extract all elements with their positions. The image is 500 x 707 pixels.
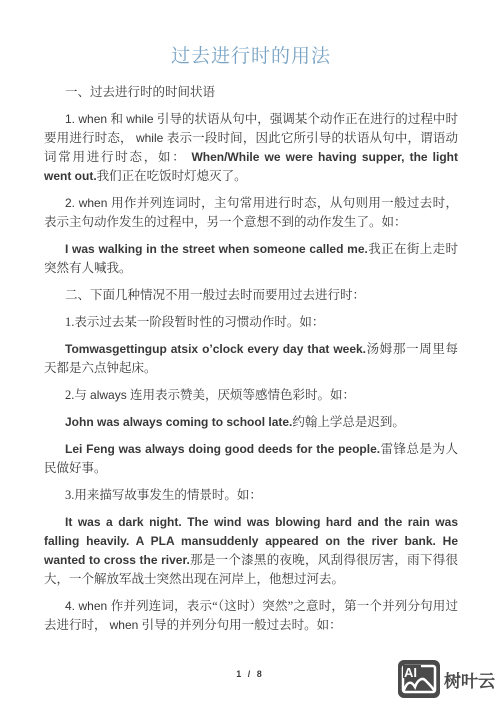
brand-watermark: AI 树叶云	[398, 660, 495, 698]
para-when-while-rule: 1. when 和 while 引导的状语从句中，强调某个动作正在进行的过程中时…	[44, 110, 458, 186]
brand-name: 树叶云	[444, 667, 495, 692]
example-john-late: John was always coming to school late.约翰…	[44, 413, 458, 432]
para-when-sudden: 4. when 作并列连词，表示“（这时）突然”之意时，第一个并列分句用过去进行…	[44, 597, 458, 635]
para-always-emotion: 2.与 always 连用表示赞美，厌烦等感情色彩时。如：	[44, 386, 458, 405]
para-story-scene: 3.用来描写故事发生的情景时。如：	[44, 486, 458, 505]
page-title: 过去进行时的用法	[44, 45, 458, 69]
example-i-was-walking: I was walking in the street when someone…	[44, 240, 458, 278]
example-tom-getting-up: Tomwasgettingup atsix o’clock every day …	[44, 340, 458, 378]
heading-section-two: 二、下面几种情况不用一般过去时而要用过去进行时：	[44, 286, 458, 305]
document-page: 过去进行时的用法 一、过去进行时的时间状语 1. when 和 while 引导…	[0, 0, 500, 707]
para-temporary-habit: 1.表示过去某一阶段暂时性的习惯动作时。如：	[44, 313, 458, 332]
para-when-conjunction: 2. when 用作并列连词时，主句常用进行时态，从句则用一般过去时，表示主句动…	[44, 194, 458, 232]
ai-logo-text: AI	[404, 665, 417, 680]
example-dark-night: It was a dark night. The wind was blowin…	[44, 513, 458, 589]
heading-section-one: 一、过去进行时的时间状语	[44, 83, 458, 102]
example-lei-feng: Lei Feng was always doing good deeds for…	[44, 440, 458, 478]
ai-image-logo-icon: AI	[398, 660, 440, 698]
